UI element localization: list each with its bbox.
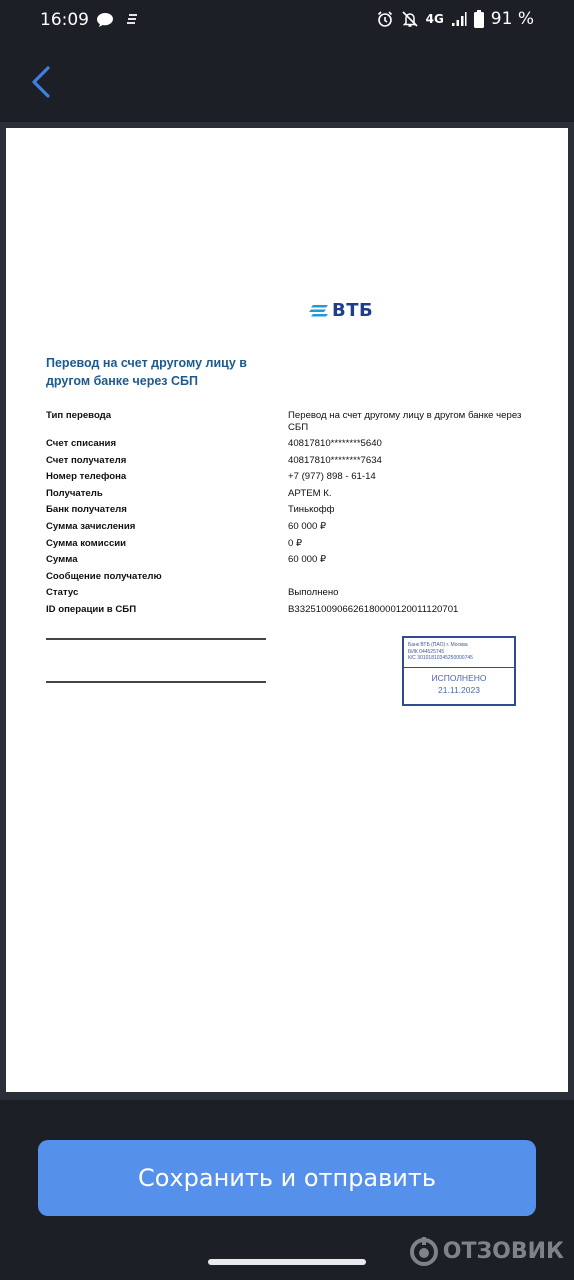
status-bar: 16:09 4G 91 % xyxy=(0,0,574,42)
document-preview-area: ВТБ Перевод на счет другому лицу в друго… xyxy=(0,122,574,1100)
alarm-icon xyxy=(376,10,394,28)
stamp-line: К/С 30101810345250000745 xyxy=(408,655,510,662)
status-time: 16:09 xyxy=(40,10,89,30)
details-table: Тип переводаПеревод на счет другому лицу… xyxy=(46,408,536,619)
bank-logo: ВТБ xyxy=(309,300,373,321)
detail-row: Счет списания40817810********5640 xyxy=(46,436,536,453)
detail-label: Статус xyxy=(46,585,288,602)
signature-line xyxy=(46,681,266,683)
signal-icon xyxy=(451,11,467,27)
battery-icon xyxy=(474,10,484,28)
logo-text: ВТБ xyxy=(332,300,373,321)
detail-label: Сумма xyxy=(46,552,288,569)
detail-row: Счет получателя40817810********7634 xyxy=(46,453,536,470)
detail-label: Сумма комиссии xyxy=(46,536,288,553)
detail-row: Сумма зачисления60 000 ₽ xyxy=(46,519,536,536)
detail-row: Сумма60 000 ₽ xyxy=(46,552,536,569)
detail-value: 60 000 ₽ xyxy=(288,552,536,569)
detail-value: 60 000 ₽ xyxy=(288,519,536,536)
detail-value: +7 (977) 898 - 61-14 xyxy=(288,469,536,486)
detail-label: Тип перевода xyxy=(46,408,288,436)
detail-label: Сообщение получателю xyxy=(46,569,288,586)
detail-label: Счет списания xyxy=(46,436,288,453)
chat-bubble-icon xyxy=(96,12,114,28)
stamp-status-text: ИСПОЛНЕНО xyxy=(404,672,514,684)
detail-row: ПолучательАРТЕМ К. xyxy=(46,486,536,503)
home-indicator[interactable] xyxy=(208,1259,366,1265)
detail-row: Тип переводаПеревод на счет другому лицу… xyxy=(46,408,536,436)
detail-value: Перевод на счет другому лицу в другом ба… xyxy=(288,408,536,436)
status-icons: 4G 91 % xyxy=(376,9,534,29)
detail-value: 0 ₽ xyxy=(288,536,536,553)
chevron-left-icon[interactable] xyxy=(28,64,56,100)
network-type: 4G xyxy=(426,12,444,26)
detail-row: Банк получателяТинькофф xyxy=(46,502,536,519)
detail-value: АРТЕМ К. xyxy=(288,486,536,503)
otzovik-logo-icon xyxy=(409,1236,439,1266)
watermark-text: ОТЗОВИК xyxy=(443,1239,564,1264)
detail-value xyxy=(288,569,536,586)
detail-label: Номер телефона xyxy=(46,469,288,486)
detail-row: Сообщение получателю xyxy=(46,569,536,586)
signature-line xyxy=(46,638,266,640)
detail-label: Счет получателя xyxy=(46,453,288,470)
watermark: ОТЗОВИК xyxy=(409,1236,564,1266)
detail-row: ID операции в СБПB3325100906626180000120… xyxy=(46,602,536,619)
bank-stamp: Банк ВТБ (ПАО) г. Москва БИК 044525745 К… xyxy=(402,636,516,706)
feed-icon xyxy=(126,14,138,24)
receipt-document: ВТБ Перевод на счет другому лицу в друго… xyxy=(6,128,568,1092)
detail-label: Получатель xyxy=(46,486,288,503)
detail-label: ID операции в СБП xyxy=(46,602,288,619)
detail-label: Сумма зачисления xyxy=(46,519,288,536)
stamp-status: ИСПОЛНЕНО 21.11.2023 xyxy=(404,668,514,696)
detail-value: 40817810********5640 xyxy=(288,436,536,453)
detail-value: Тинькофф xyxy=(288,502,536,519)
bell-muted-icon xyxy=(401,10,419,28)
vtb-stripes-icon xyxy=(309,304,329,318)
top-bar xyxy=(0,42,574,122)
detail-value: B3325100906626180000120011120701 xyxy=(288,602,536,619)
detail-value: 40817810********7634 xyxy=(288,453,536,470)
detail-value: Выполнено xyxy=(288,585,536,602)
save-and-send-button[interactable]: Сохранить и отправить xyxy=(38,1140,536,1216)
document-title: Перевод на счет другому лицу в другом ба… xyxy=(46,354,266,390)
stamp-bank-info: Банк ВТБ (ПАО) г. Москва БИК 044525745 К… xyxy=(404,638,514,668)
detail-row: СтатусВыполнено xyxy=(46,585,536,602)
battery-level: 91 % xyxy=(491,9,534,29)
detail-row: Сумма комиссии0 ₽ xyxy=(46,536,536,553)
stamp-date: 21.11.2023 xyxy=(404,684,514,696)
detail-label: Банк получателя xyxy=(46,502,288,519)
detail-row: Номер телефона+7 (977) 898 - 61-14 xyxy=(46,469,536,486)
